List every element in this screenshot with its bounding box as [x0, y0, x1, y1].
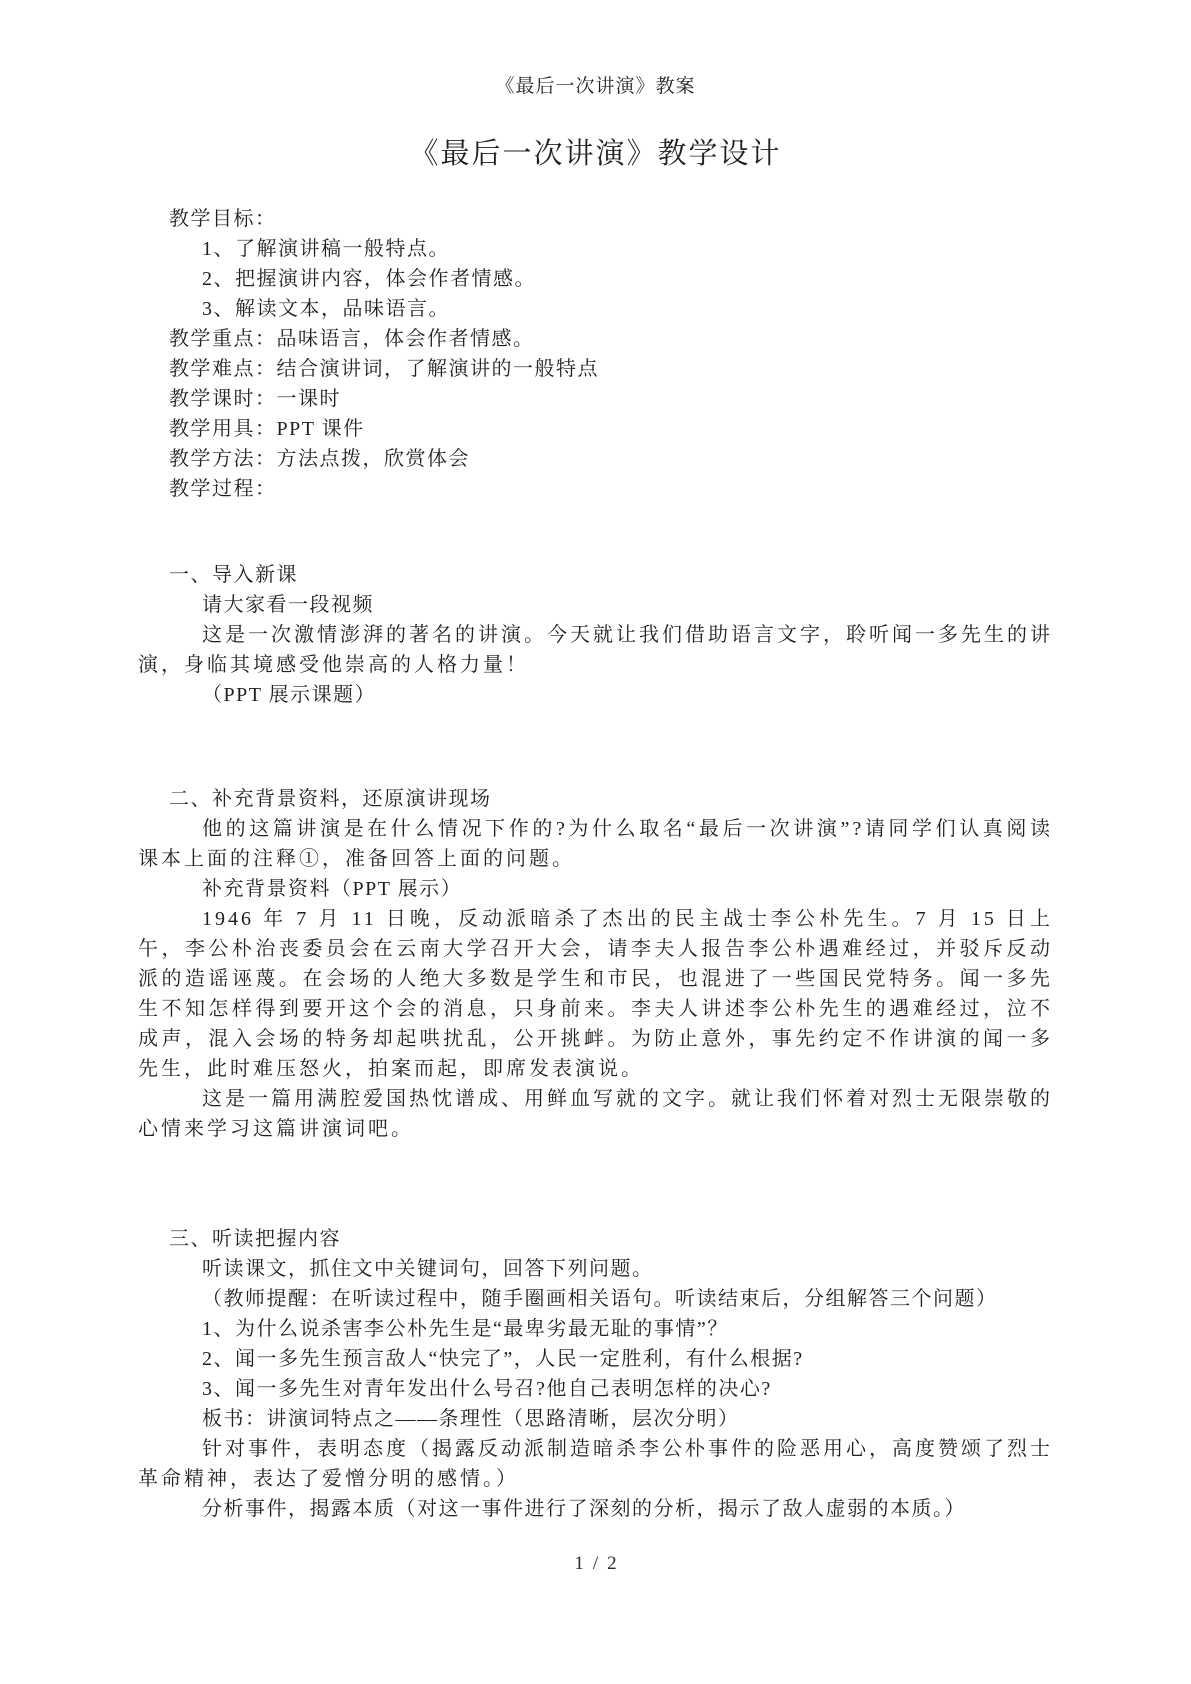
section-3-paragraph-2: （教师提醒：在听读过程中，随手圈画相关语句。听读结束后，分组解答三个问题）: [138, 1284, 1053, 1314]
section-3-question-3: 3、闻一多先生对青年发出什么号召?他自己表明怎样的决心?: [138, 1374, 1053, 1404]
section-2-paragraph-2: 补充背景资料（PPT 展示）: [138, 874, 1053, 904]
document-content: 教学目标： 1、了解演讲稿一般特点。 2、把握演讲内容，体会作者情感。 3、解读…: [0, 204, 1191, 1524]
page-number-indicator: 1/2: [0, 1552, 1191, 1576]
section-2-heading: 二、补充背景资料，还原演讲现场: [138, 784, 1053, 814]
section-3-paragraph-8: 分析事件，揭露本质（对这一事件进行了深刻的分析，揭示了敌人虚弱的本质。）: [138, 1494, 1053, 1524]
teaching-tools-line: 教学用具：PPT 课件: [138, 414, 1053, 444]
objectives-heading: 教学目标：: [138, 204, 1053, 234]
page-separator: /: [593, 1552, 598, 1576]
process-heading: 教学过程：: [138, 474, 1053, 504]
objective-item-2: 2、把握演讲内容，体会作者情感。: [138, 264, 1053, 294]
section-3-paragraph-1: 听读课文，抓住文中关键词句，回答下列问题。: [138, 1254, 1053, 1284]
section-2-paragraph-3: 1946 年 7 月 11 日晚，反动派暗杀了杰出的民主战士李公朴先生。7 月 …: [138, 904, 1053, 1084]
section-1-paragraph-3: （PPT 展示课题）: [138, 680, 1053, 710]
section-gap: [138, 504, 1053, 560]
objective-item-3: 3、解读文本，品味语言。: [138, 294, 1053, 324]
objective-item-1: 1、了解演讲稿一般特点。: [138, 234, 1053, 264]
key-points-line: 教学重点：品味语言，体会作者情感。: [138, 324, 1053, 354]
document-title: 《最后一次讲演》教学设计: [0, 136, 1191, 172]
section-3-board-notes: 板书：讲演词特点之——条理性（思路清晰，层次分明）: [138, 1404, 1053, 1434]
section-gap: [138, 710, 1053, 784]
section-3-question-2: 2、闻一多先生预言敌人“快完了”，人民一定胜利，有什么根据?: [138, 1344, 1053, 1374]
section-3-question-1: 1、为什么说杀害李公朴先生是“最卑劣最无耻的事情”？: [138, 1314, 1053, 1344]
section-1-paragraph-2: 这是一次激情澎湃的著名的讲演。今天就让我们借助语言文字，聆听闻一多先生的讲演，身…: [138, 620, 1053, 680]
class-periods-line: 教学课时：一课时: [138, 384, 1053, 414]
teaching-methods-line: 教学方法：方法点拨，欣赏体会: [138, 444, 1053, 474]
section-3-heading: 三、听读把握内容: [138, 1224, 1053, 1254]
section-2-paragraph-1: 他的这篇讲演是在什么情况下作的?为什么取名“最后一次讲演”?请同学们认真阅读课本…: [138, 814, 1053, 874]
section-2-paragraph-4: 这是一篇用满腔爱国热忱谱成、用鲜血写就的文字。就让我们怀着对烈士无限崇敬的心情来…: [138, 1084, 1053, 1144]
section-gap: [138, 1144, 1053, 1224]
difficult-points-line: 教学难点：结合演讲词，了解演讲的一般特点: [138, 354, 1053, 384]
section-1-paragraph-1: 请大家看一段视频: [138, 590, 1053, 620]
document-page: 《最后一次讲演》教案 《最后一次讲演》教学设计 教学目标： 1、了解演讲稿一般特…: [0, 0, 1191, 1684]
section-1-heading: 一、导入新课: [138, 560, 1053, 590]
document-header: 《最后一次讲演》教案: [0, 0, 1191, 98]
current-page: 1: [574, 1553, 584, 1574]
total-pages: 2: [607, 1553, 617, 1574]
section-3-paragraph-7: 针对事件，表明态度（揭露反动派制造暗杀李公朴事件的险恶用心，高度赞颂了烈士革命精…: [138, 1434, 1053, 1494]
